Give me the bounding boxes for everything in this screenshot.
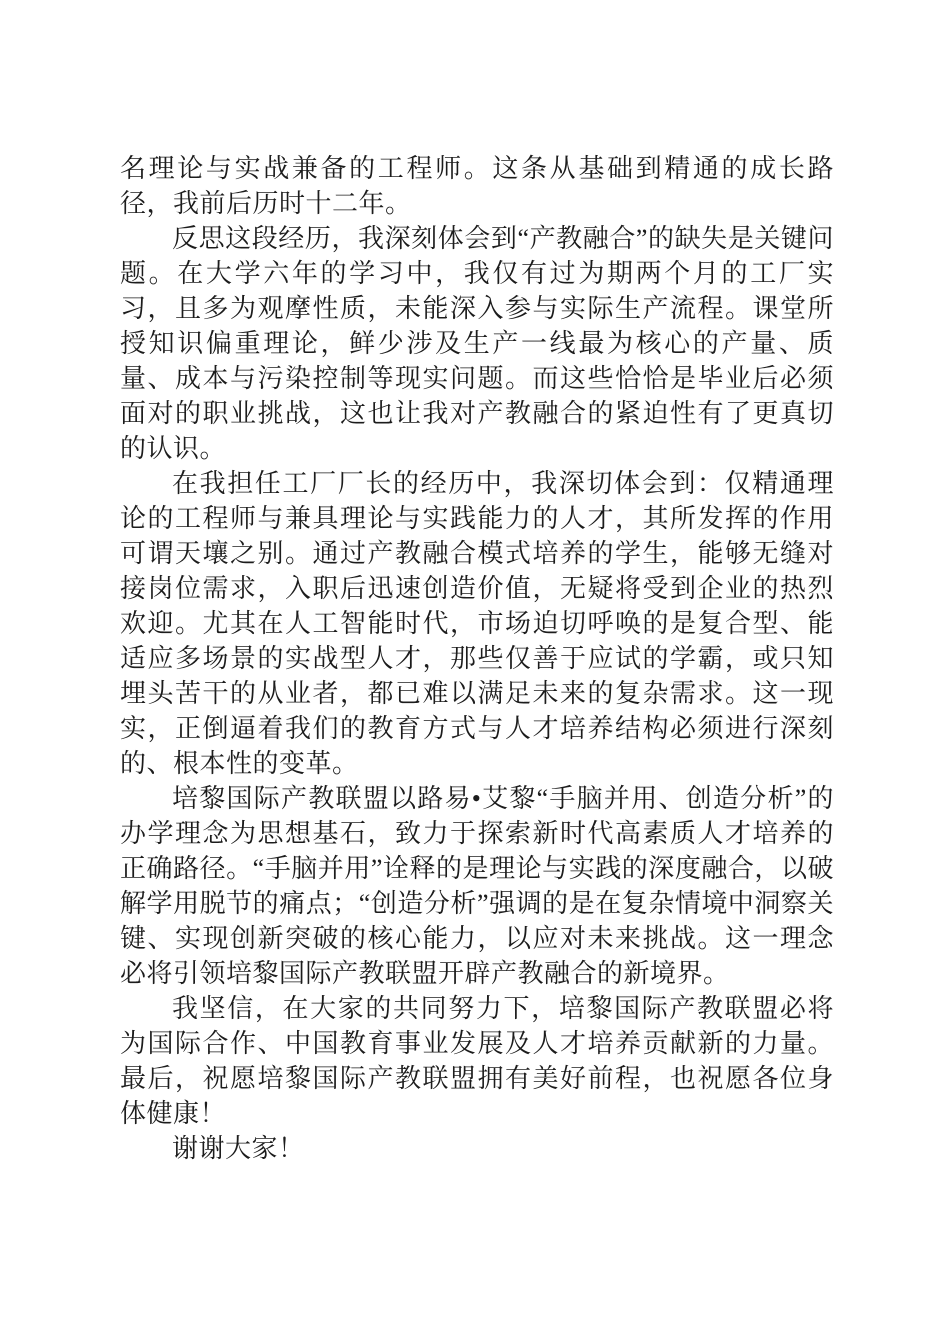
paragraph: 谢谢大家！	[120, 1131, 834, 1166]
paragraph: 反思这段经历，我深刻体会到“产教融合”的缺失是关键问题。在大学六年的学习中，我仅…	[120, 221, 834, 466]
document-body: 名理论与实战兼备的工程师。这条从基础到精通的成长路径，我前后历时十二年。反思这段…	[120, 151, 834, 1166]
paragraph: 在我担任工厂厂长的经历中，我深切体会到：仅精通理论的工程师与兼具理论与实践能力的…	[120, 466, 834, 781]
paragraph: 名理论与实战兼备的工程师。这条从基础到精通的成长路径，我前后历时十二年。	[120, 151, 834, 221]
paragraph: 培黎国际产教联盟以路易•艾黎“手脑并用、创造分析”的办学理念为思想基石，致力于探…	[120, 781, 834, 991]
paragraph: 我坚信，在大家的共同努力下，培黎国际产教联盟必将为国际合作、中国教育事业发展及人…	[120, 991, 834, 1131]
document-page: 名理论与实战兼备的工程师。这条从基础到精通的成长路径，我前后历时十二年。反思这段…	[0, 0, 950, 1344]
